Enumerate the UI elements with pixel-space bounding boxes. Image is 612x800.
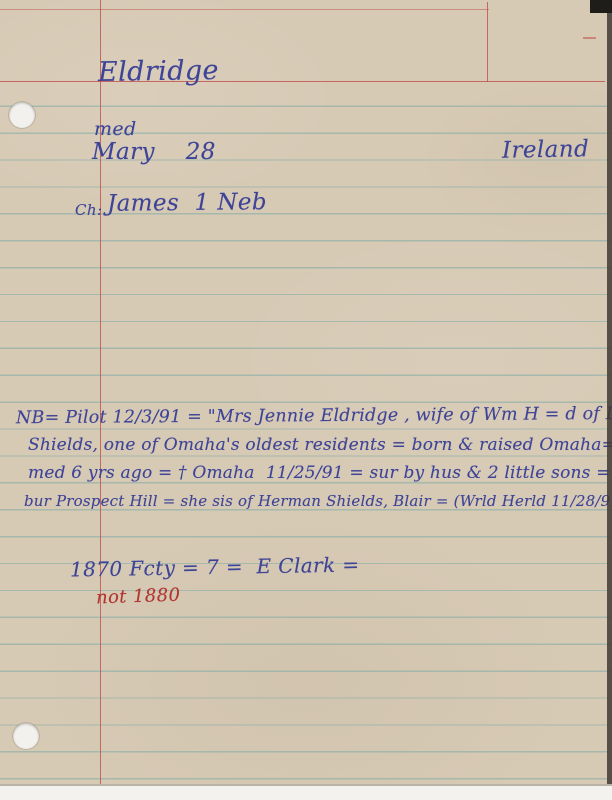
scan-edge-right xyxy=(607,0,612,788)
scan-edge-corner xyxy=(590,0,612,13)
red-tick-mark xyxy=(583,37,596,39)
note-line: bur Prospect Hill = she sis of Herman Sh… xyxy=(24,492,612,510)
right-margin-rule xyxy=(487,2,488,82)
scan-edge-bottom xyxy=(0,784,612,800)
surname-heading: Eldridge xyxy=(98,55,219,88)
note-line: Shields, one of Omaha's oldest residents… xyxy=(28,435,612,455)
obituary-note-block: NB= Pilot 12/3/91 = "Mrs Jennie Eldridge… xyxy=(0,406,612,536)
children-label: Ch: xyxy=(75,201,102,219)
note-line: med 6 yrs ago = † Omaha 11/25/91 = sur b… xyxy=(28,463,611,483)
birthplace-note: Ireland xyxy=(502,136,590,164)
punch-hole-bottom xyxy=(13,723,39,749)
spouse-line: Mary 28 xyxy=(92,139,216,165)
header-margin-rule xyxy=(0,81,605,82)
census-line: 1870 Fcty = 7 = E Clark = xyxy=(70,552,360,581)
notebook-page: Eldridge med Mary 28 Ireland Ch: James 1… xyxy=(0,0,612,800)
children-line: James 1 Neb xyxy=(107,189,267,217)
correction-note: not 1880 xyxy=(96,585,181,609)
note-line: NB= Pilot 12/3/91 = "Mrs Jennie Eldridge… xyxy=(16,404,612,428)
top-margin-rule xyxy=(0,9,489,10)
marriage-label: med xyxy=(94,118,137,140)
punch-hole-top xyxy=(9,102,35,128)
